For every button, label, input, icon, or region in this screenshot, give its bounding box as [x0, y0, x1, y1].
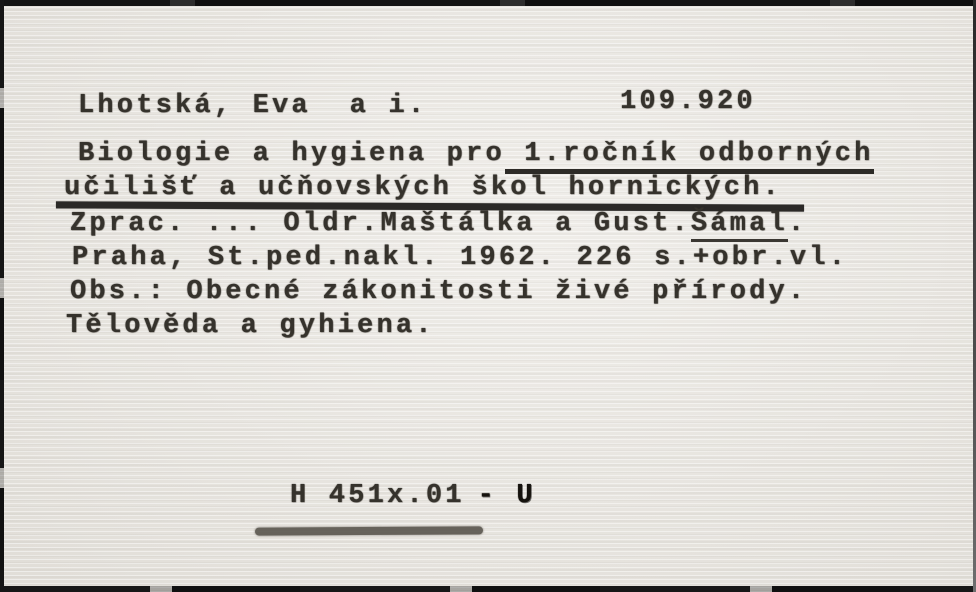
title-line-2: učilišť a učňovských škol hornických. [64, 175, 782, 202]
call-number-shelf-mark: H 451x.01 [290, 481, 465, 511]
scan-bottom-edge [0, 586, 976, 592]
catalog-card-scan: Lhotská, Eva a i. 109.920 Biologie a hyg… [0, 0, 976, 592]
call-number-pencil-underline [255, 526, 483, 535]
author-line: Lhotská, Eva a i. [78, 93, 427, 120]
statement-suffix: . [788, 209, 807, 239]
contents-note-line-1: Obs.: Obecné zákonitosti živé přírody. [70, 279, 807, 306]
statement-underlined-name: Šámal [691, 209, 788, 242]
imprint-line: Praha, St.ped.nakl. 1962. 226 s.+obr.vl. [72, 245, 848, 272]
title-line-1: Biologie a hygiena pro 1.ročník odbornýc… [78, 141, 874, 168]
accession-number: 109.920 [620, 89, 756, 116]
call-number-suffix: - U [465, 481, 536, 511]
contents-note-line-2: Tělověda a gyhiena. [66, 313, 435, 340]
title-line-1-plain: Biologie a hygiena pro [78, 139, 505, 169]
scan-top-edge [0, 0, 976, 6]
statement-prefix: Zprac. ... Oldr.Maštálka a Gust. [70, 209, 691, 239]
statement-line: Zprac. ... Oldr.Maštálka a Gust.Šámal. [70, 211, 807, 238]
title-line-1-underlined: 1.ročník odborných [505, 139, 874, 174]
scan-left-edge [0, 0, 4, 592]
call-number-line: H 451x.01- U [290, 483, 536, 510]
